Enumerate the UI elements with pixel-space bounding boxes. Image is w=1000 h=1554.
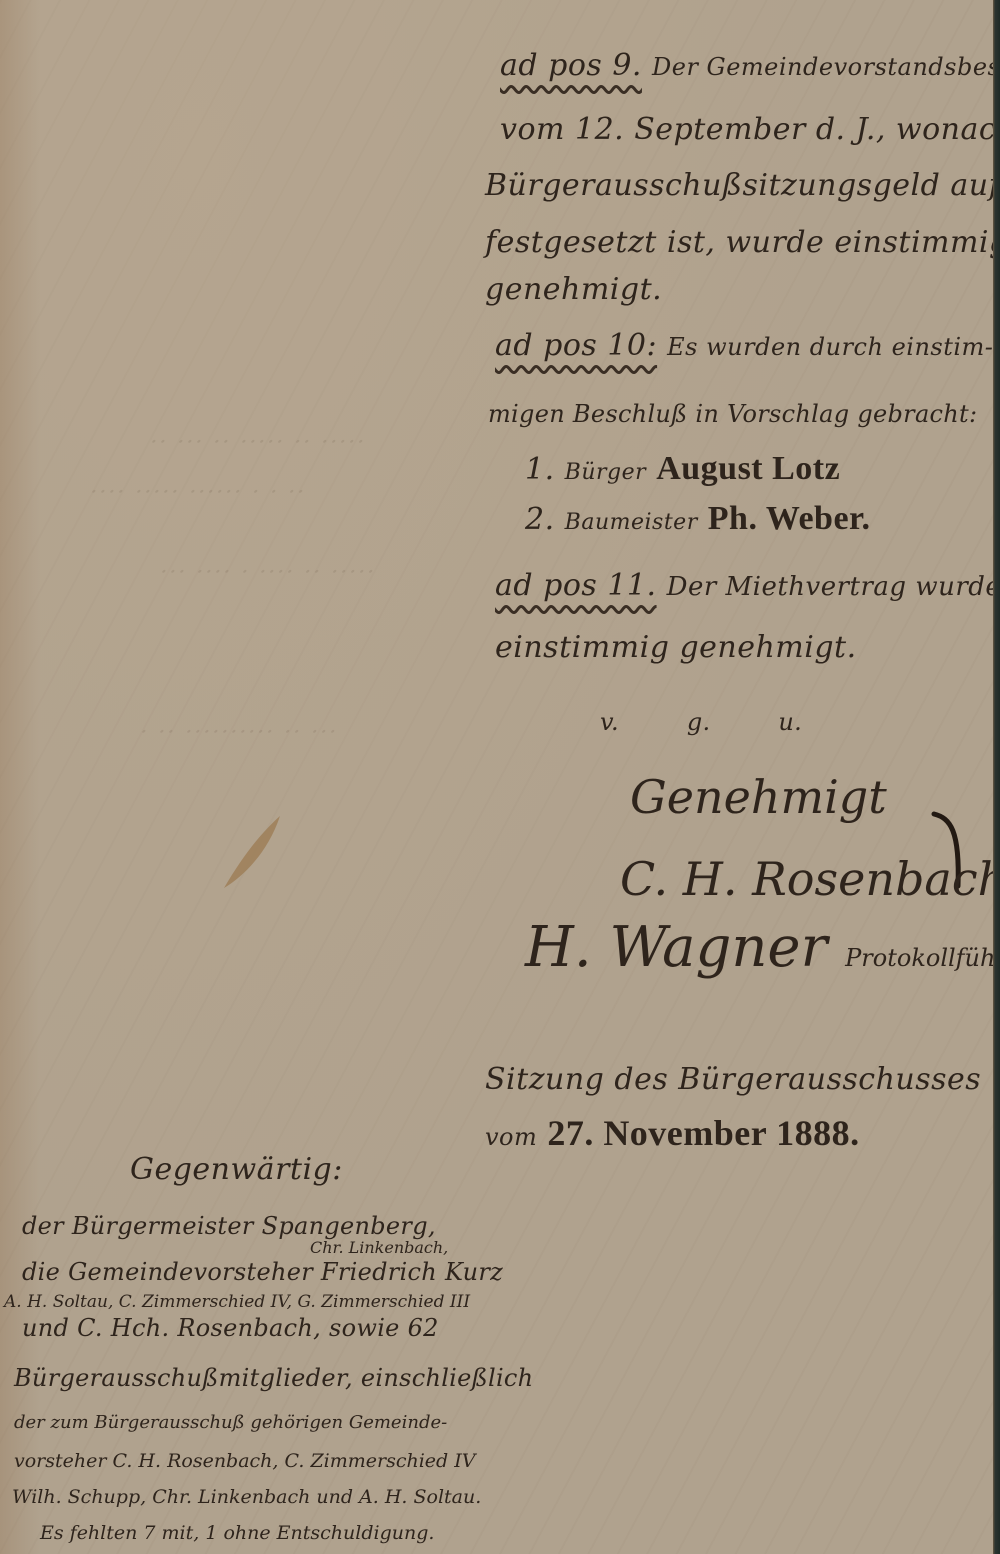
item-label: ad pos 11.: [495, 568, 657, 603]
attendance-line: vorsteher C. H. Rosenbach, C. Zimmerschi…: [14, 1450, 475, 1472]
nominee-2: 2. Baumeister Ph. Weber.: [525, 500, 871, 538]
attendance-heading: Gegenwärtig:: [130, 1152, 343, 1187]
item-label: ad pos 9.: [500, 48, 642, 83]
signature-rosenbach: C. H. Rosenbach.: [620, 852, 1000, 906]
attendance-line: der Bürgermeister Spangenberg,: [22, 1212, 436, 1240]
text-line: genehmigt.: [485, 272, 662, 307]
attendance-line: Wilh. Schupp, Chr. Linkenbach und A. H. …: [12, 1486, 481, 1508]
attendance-line: der zum Bürgerausschuß gehörigen Gemeind…: [14, 1412, 447, 1433]
closing-abbreviation: v. g. u.: [600, 708, 802, 736]
paper-stain: [222, 812, 282, 890]
bleed-through-text: · ·· ·········· ·· ···: [136, 720, 342, 745]
attendance-line: die Gemeindevorsteher Friedrich Kurz: [22, 1258, 503, 1286]
text-line: Bürgerausschußsitzungsgeld auf 30 M.: [485, 168, 1000, 203]
document-page: ·· ··· ·· ····· ·· ····· ···· ····· ····…: [0, 0, 993, 1554]
signature-wagner: H. Wagner Protokollführer: [525, 915, 1000, 980]
text-line: migen Beschluß in Vorschlag gebracht:: [488, 400, 977, 428]
signer-role: Protokollführer: [845, 944, 1000, 972]
session-date: 27. November 1888.: [547, 1113, 859, 1153]
attendance-line: Es fehlten 7 mit, 1 ohne Entschuldigung.: [40, 1522, 434, 1544]
text-line: Der Miethvertrag wurde: [667, 572, 1000, 602]
bleed-through-text: ···· ····· ······ · · ··: [86, 480, 310, 505]
text-line: Der Gemeindevorstandsbeschluß: [652, 53, 1000, 81]
session-title-line-1: Sitzung des Bürgerausschusses: [485, 1062, 981, 1097]
bleed-through-text: ··· ···· · ···· ·· ·····: [156, 560, 380, 585]
text-line: festgesetzt ist, wurde einstimmig: [485, 225, 1000, 260]
session-title-line-2: vom 27. November 1888.: [485, 1112, 860, 1154]
item-label: ad pos 10:: [495, 328, 657, 363]
text-line: einstimmig genehmigt.: [495, 630, 857, 665]
text-line: vom 12. September d. J., wonach das: [500, 112, 1000, 147]
book-binding-edge: [993, 0, 1000, 1554]
text-line: Es wurden durch einstim-: [667, 333, 993, 361]
nominee-1: 1. Bürger August Lotz: [525, 450, 840, 488]
interlinear-insert: Chr. Linkenbach,: [310, 1238, 448, 1257]
bleed-through-text: ·· ··· ·· ····· ·· ·····: [146, 430, 370, 455]
attendance-line: und C. Hch. Rosenbach, sowie 62: [22, 1314, 439, 1342]
signature-heading: Genehmigt: [630, 770, 887, 824]
attendance-line: A. H. Soltau, C. Zimmerschied IV, G. Zim…: [4, 1292, 470, 1312]
attendance-line: Bürgerausschußmitglieder, einschließlich: [14, 1364, 533, 1392]
